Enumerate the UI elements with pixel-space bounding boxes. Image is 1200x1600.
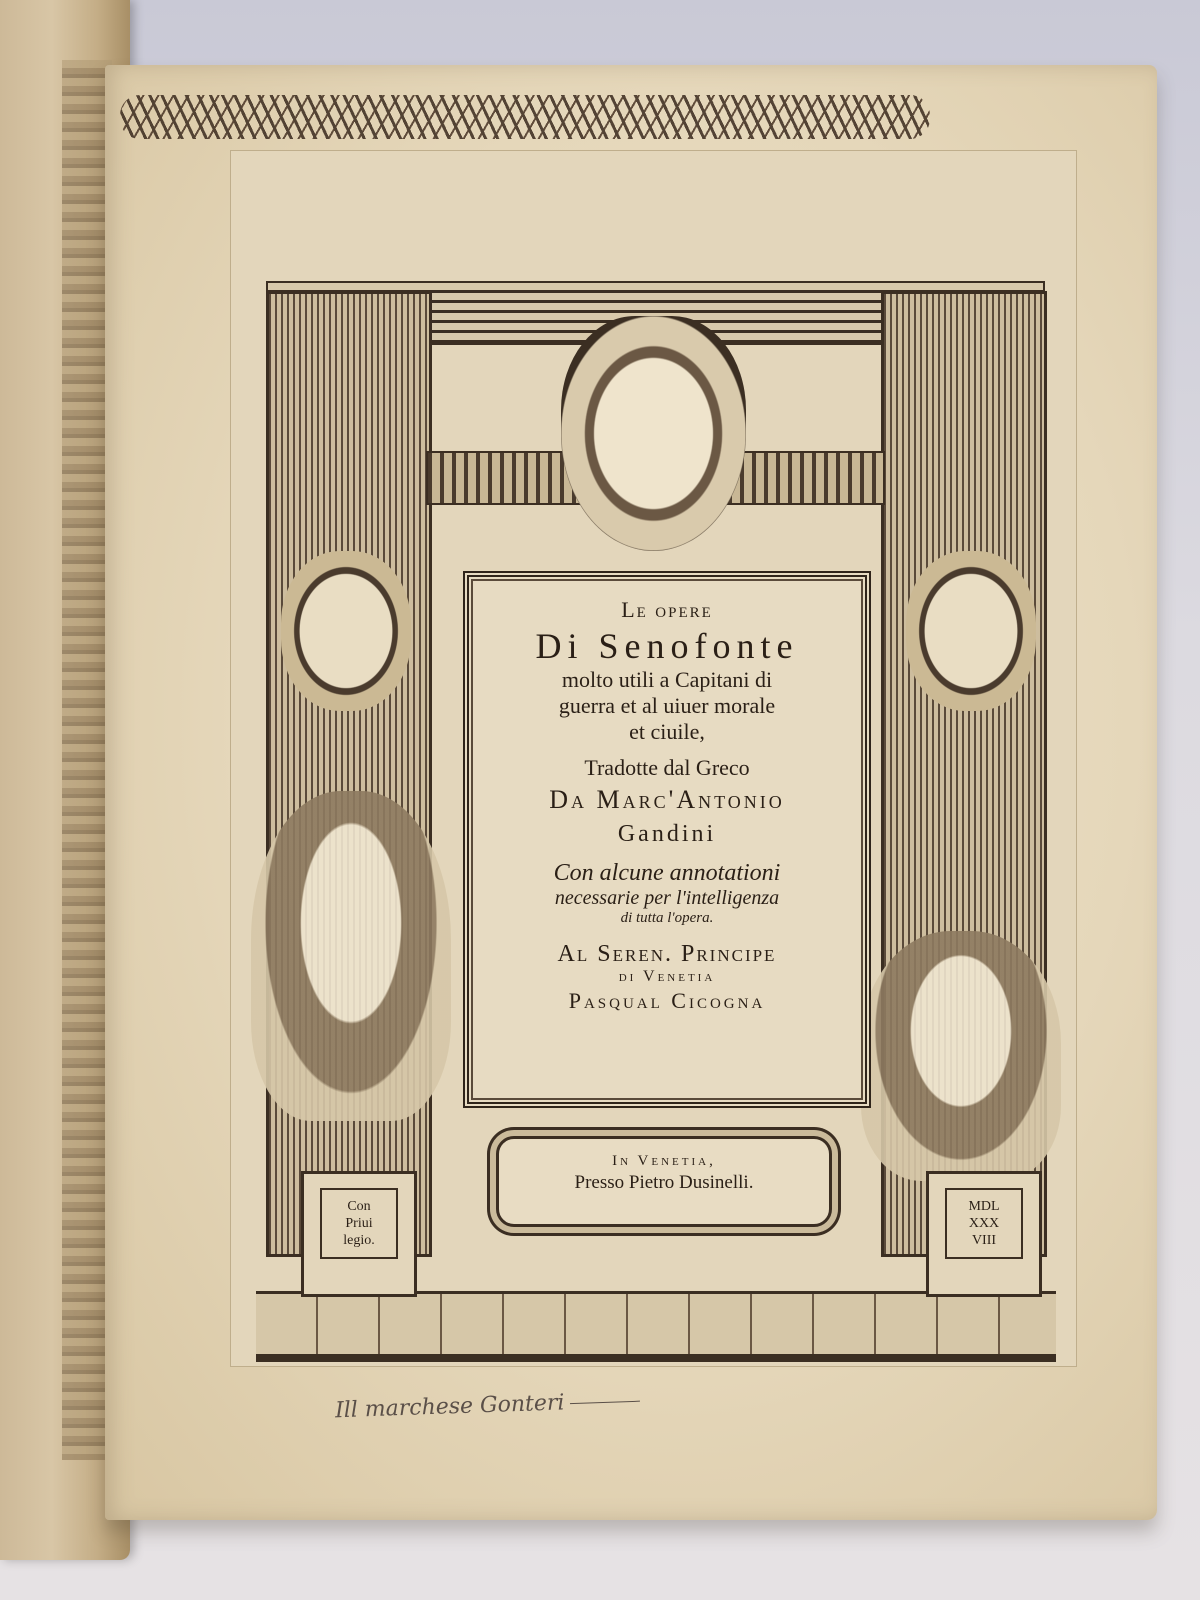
subtitle-line: guerra et al uiuer morale: [469, 693, 865, 719]
privilege-text: Priui: [322, 1215, 396, 1232]
author-name: Di Senofonte: [469, 625, 865, 667]
coat-of-arms-stork-icon: [561, 316, 746, 551]
annotations-line: di tutta l'opera.: [469, 910, 865, 927]
title-panel: Le opere Di Senofonte molto utili a Capi…: [463, 571, 871, 1108]
stork-medallion-left-icon: [281, 551, 411, 711]
putto-with-stork-figure: [251, 791, 451, 1121]
dedication-line: Al Seren. Principe: [469, 941, 865, 968]
tiled-floor: [256, 1291, 1056, 1362]
subtitle-line: molto utili a Capitani di: [469, 667, 865, 693]
privilege-pedestal: Con Priui legio.: [301, 1171, 417, 1297]
imprint-place: In Venetia,: [499, 1153, 829, 1170]
annotations-line: necessarie per l'intelligenza: [469, 887, 865, 910]
date-numeral: MDL: [947, 1198, 1021, 1215]
date-numeral: VIII: [947, 1232, 1021, 1249]
dedication-line: di Venetia: [469, 968, 865, 986]
annotations-line: Con alcune annotationi: [469, 860, 865, 887]
engraved-frontispiece: Le opere Di Senofonte molto utili a Capi…: [230, 150, 1077, 1367]
ink-scribble-deletion: [120, 95, 930, 139]
date-numeral: XXX: [947, 1215, 1021, 1232]
imprint-cartouche: In Venetia, Presso Pietro Dusinelli.: [496, 1136, 832, 1227]
translator-name: Da Marc'Antonio: [469, 785, 865, 815]
privilege-text: legio.: [322, 1232, 396, 1249]
dedicatee-name: Pasqual Cicogna: [469, 988, 865, 1014]
seated-figure-with-stork: [861, 931, 1061, 1181]
title-line: Le opere: [469, 597, 865, 623]
date-pedestal: MDL XXX VIII: [926, 1171, 1042, 1297]
privilege-text: Con: [322, 1198, 396, 1215]
imprint-printer: Presso Pietro Dusinelli.: [499, 1172, 829, 1194]
translator-surname: Gandini: [469, 821, 865, 848]
subtitle-line: et ciuile,: [469, 719, 865, 745]
translation-note: Tradotte dal Greco: [469, 755, 865, 781]
stork-medallion-right-icon: [906, 551, 1036, 711]
